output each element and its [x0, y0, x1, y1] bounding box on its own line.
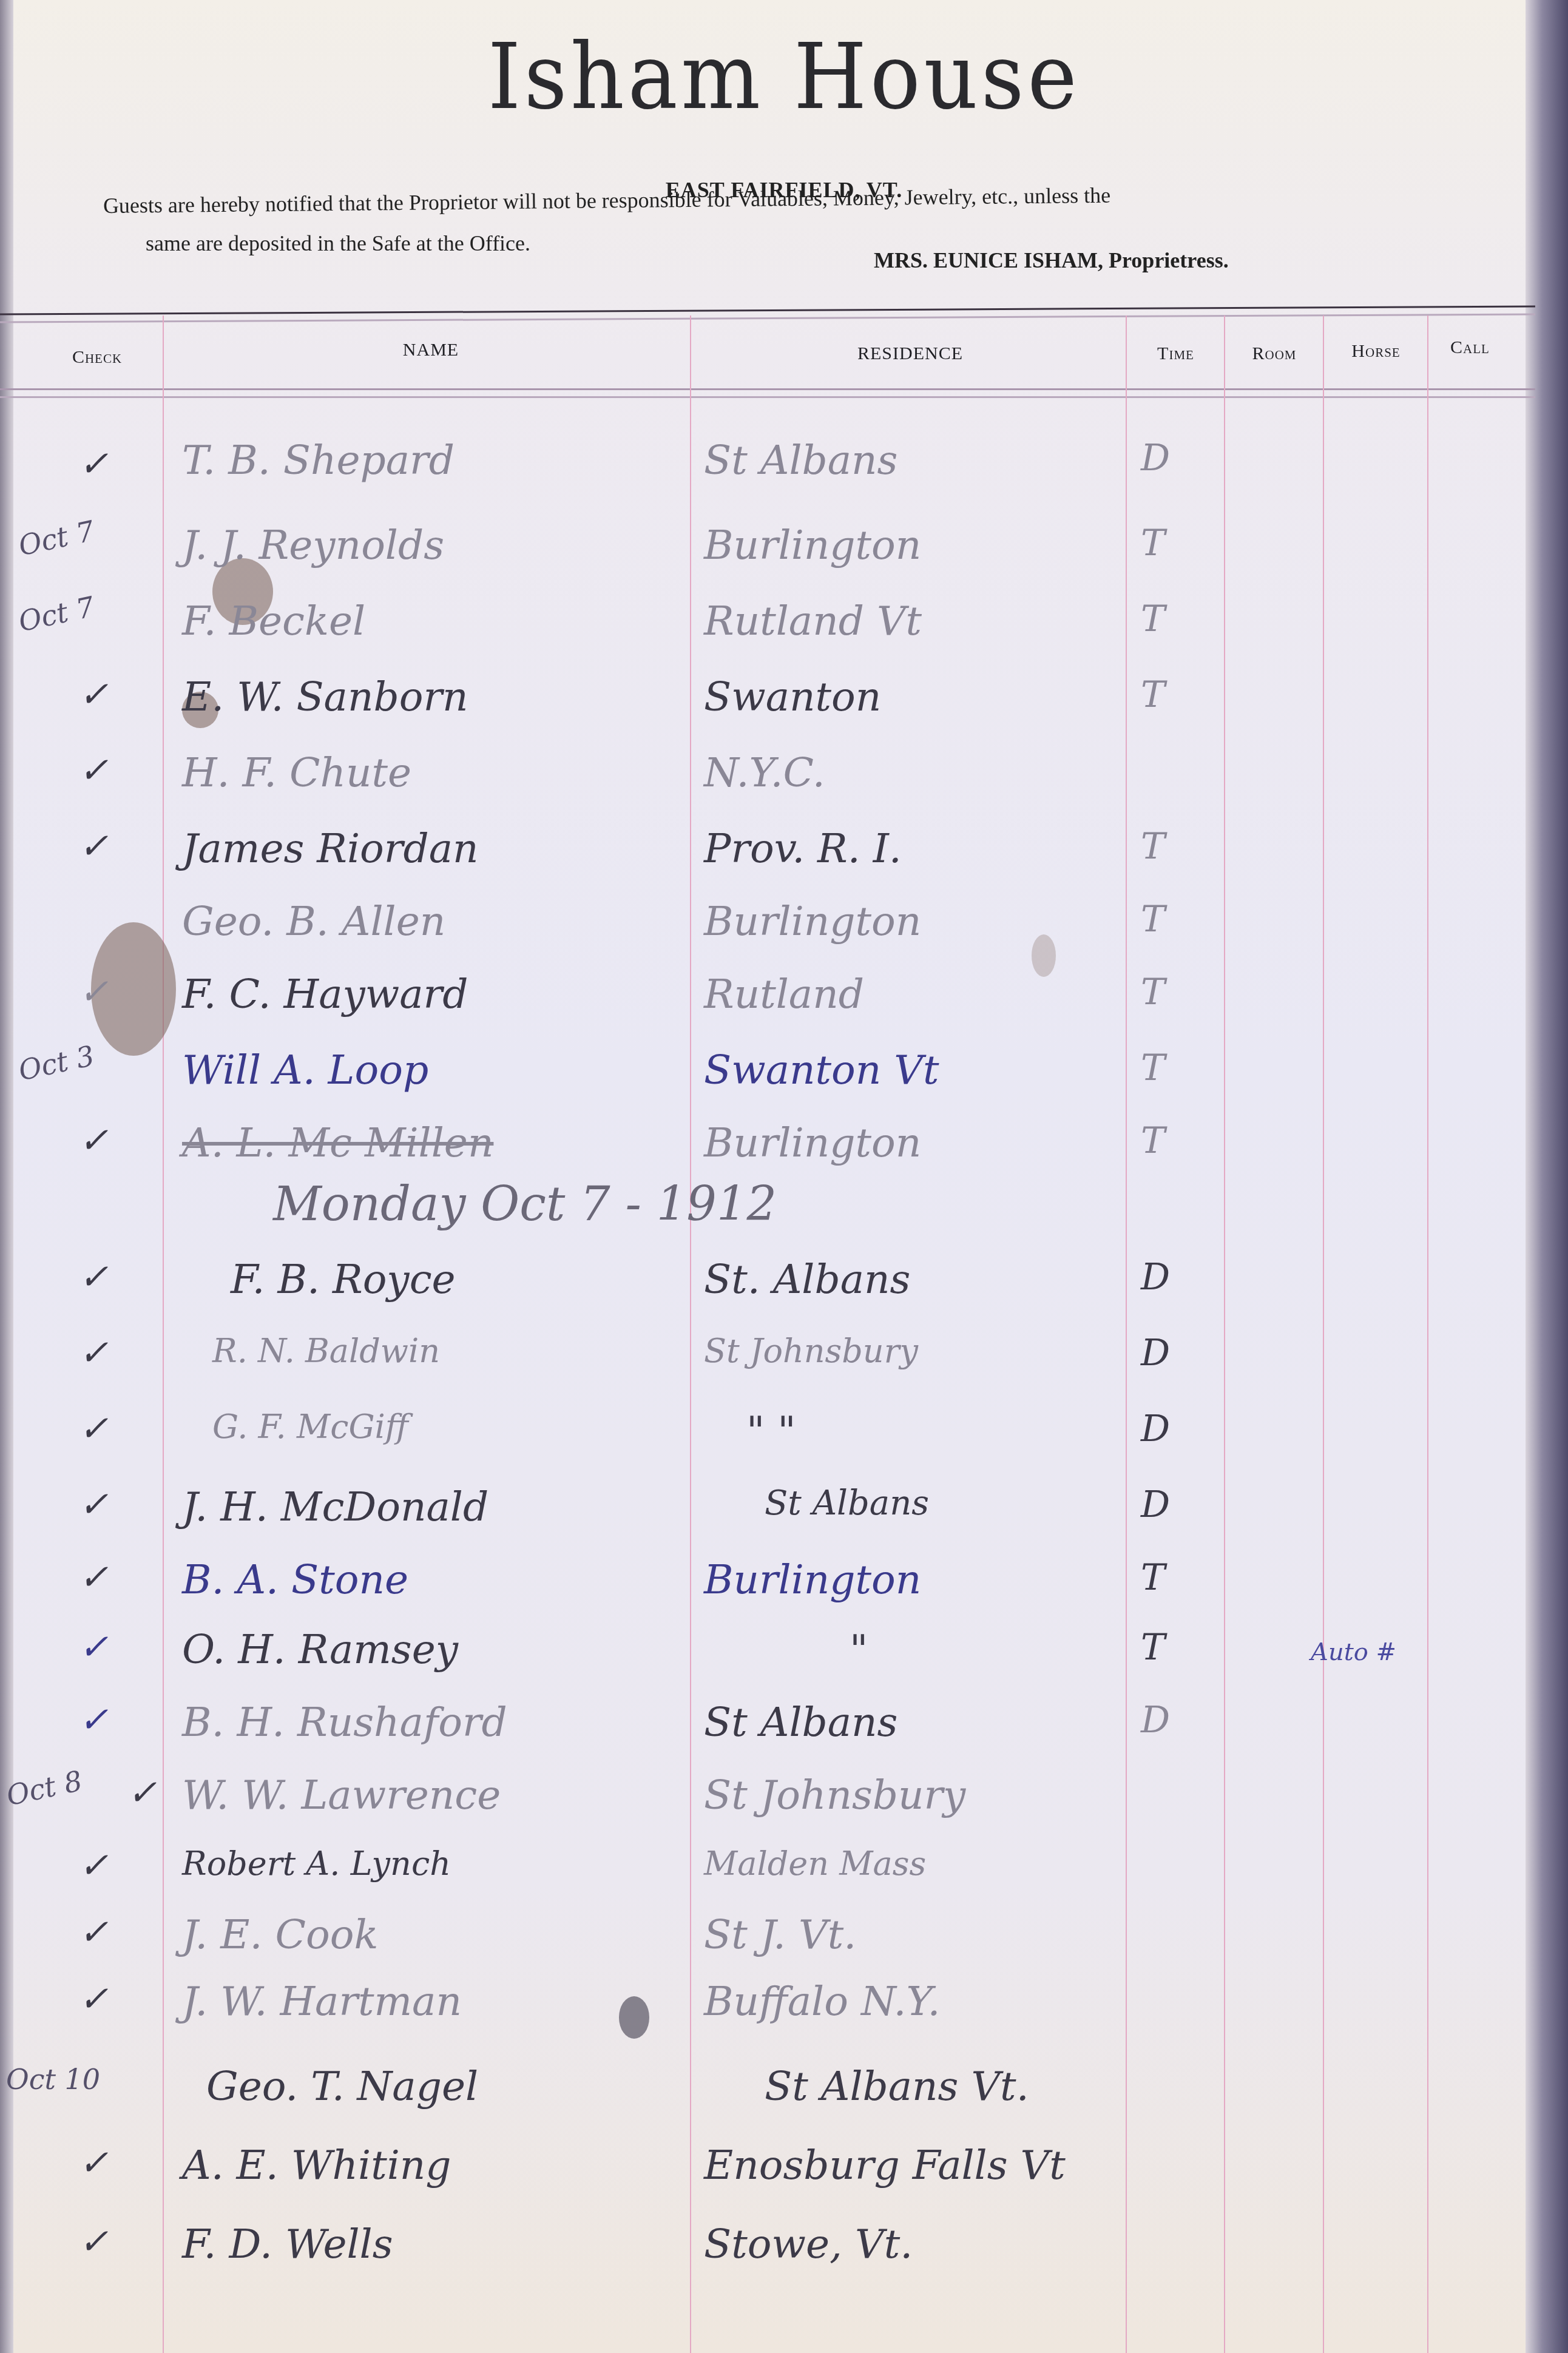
guest-residence: Rutland	[704, 971, 864, 1018]
check-mark: ✓	[79, 1626, 109, 1667]
guest-name: A. L. Mc Millen	[182, 1119, 493, 1166]
guest-name: G. F. McGiff	[212, 1408, 408, 1446]
guest-name: B. A. Stone	[182, 1556, 408, 1603]
check-mark: ✓	[79, 2142, 109, 2183]
entry-date: Oct 8	[4, 1764, 85, 1812]
arrival-time: T	[1141, 825, 1165, 868]
arrival-time: T	[1141, 1556, 1165, 1599]
register-entry: ✓ O. H. Ramsey " T Auto #	[0, 1626, 1568, 1699]
arrival-time: T	[1141, 898, 1165, 940]
arrival-time: D	[1141, 1256, 1170, 1298]
guest-name: F. C. Hayward	[182, 971, 468, 1018]
register-entry: Geo. B. Allen Burlington T	[0, 898, 1568, 971]
proprietor-line: MRS. EUNICE ISHAM, Proprietress.	[874, 248, 1229, 273]
arrival-time: T	[1141, 1626, 1165, 1669]
arrival-time: T	[1141, 1047, 1165, 1089]
guest-name: R. N. Baldwin	[212, 1332, 440, 1370]
header-rule-top	[0, 305, 1535, 323]
day-heading: Monday Oct 7 - 1912	[273, 1177, 777, 1232]
check-mark: ✓	[79, 1484, 109, 1525]
notice-line-2: same are deposited in the Safe at the Of…	[146, 226, 530, 261]
guest-residence: " "	[746, 1408, 796, 1454]
check-mark: ✓	[79, 1978, 109, 2019]
guest-residence: N.Y.C.	[704, 749, 825, 796]
register-entry: ✓ J. E. Cook St J. Vt.	[0, 1911, 1568, 1984]
column-header-check: Check	[36, 347, 158, 368]
check-mark: ✓	[79, 1699, 109, 1740]
arrival-time: D	[1141, 437, 1170, 479]
column-header-horse: Horse	[1326, 341, 1426, 362]
check-mark: ✓	[79, 2221, 109, 2262]
guest-residence: Burlington	[704, 1119, 921, 1166]
register-page: Isham House EAST FAIRFIELD, VT. Guests a…	[0, 0, 1568, 2353]
guest-name: Will A. Loop	[182, 1047, 428, 1093]
guest-name: A. E. Whiting	[182, 2142, 451, 2189]
check-mark: ✓	[79, 1119, 109, 1161]
check-mark: ✓	[79, 1408, 109, 1449]
guest-name: E. W. Sanborn	[182, 673, 468, 720]
guest-residence: St J. Vt.	[704, 1911, 856, 1958]
guest-residence: Buffalo N.Y.	[704, 1978, 941, 2025]
guest-residence: St. Albans	[704, 1256, 910, 1303]
check-mark: ✓	[79, 1845, 109, 1886]
arrival-time: D	[1141, 1484, 1170, 1526]
guest-name: F. D. Wells	[182, 2221, 393, 2267]
arrival-time: D	[1141, 1699, 1170, 1741]
register-entry: ✓ Robert A. Lynch Malden Mass	[0, 1845, 1568, 1917]
arrival-time: T	[1141, 673, 1165, 716]
guest-residence: Stowe, Vt.	[704, 2221, 913, 2267]
guest-name: F. Beckel	[182, 598, 365, 644]
guest-name: J. J. Reynolds	[182, 522, 444, 569]
hotel-title: Isham House	[63, 24, 1505, 130]
check-mark: ✓	[79, 673, 109, 715]
register-entry: Oct 7 F. Beckel Rutland Vt T	[0, 598, 1568, 670]
register-entry: ✓ J. H. McDonald St Albans D	[0, 1484, 1568, 1556]
check-mark: ✓	[79, 1332, 109, 1373]
arrival-time: D	[1141, 1332, 1170, 1374]
guest-name: James Riordan	[182, 825, 479, 872]
register-entry: ✓ R. N. Baldwin St Johnsbury D	[0, 1332, 1568, 1405]
guest-residence: Burlington	[704, 898, 921, 945]
register-entry: Oct 3 Will A. Loop Swanton Vt T	[0, 1047, 1568, 1119]
column-header-time: Time	[1129, 343, 1223, 364]
check-mark: ✓	[79, 443, 109, 484]
entry-date: Oct 10	[6, 2063, 100, 2096]
guest-name: J. E. Cook	[182, 1911, 378, 1958]
guest-residence: St Albans Vt.	[765, 2063, 1029, 2110]
arrival-time: T	[1141, 971, 1165, 1013]
column-header-call: Call	[1429, 337, 1511, 358]
header-rule-bottom	[0, 388, 1535, 398]
register-entry: ✓ F. C. Hayward Rutland T	[0, 971, 1568, 1044]
entry-date: Oct 3	[16, 1039, 97, 1087]
guest-name: H. F. Chute	[182, 749, 411, 796]
guest-name: J. W. Hartman	[182, 1978, 462, 2025]
check-mark: ✓	[79, 749, 109, 791]
check-mark: ✓	[127, 1772, 157, 1813]
entry-date: Oct 7	[16, 515, 97, 562]
guest-residence: Swanton Vt	[704, 1047, 939, 1093]
guest-name: T. B. Shepard	[182, 437, 455, 484]
check-mark: ✓	[79, 1911, 109, 1953]
guest-residence: St Johnsbury	[704, 1772, 965, 1818]
guest-residence: St Johnsbury	[704, 1332, 918, 1370]
arrival-time: T	[1141, 598, 1165, 640]
check-mark: ✓	[79, 1556, 109, 1598]
check-mark: ✓	[79, 1256, 109, 1297]
register-entry: ✓ F. D. Wells Stowe, Vt.	[0, 2221, 1568, 2294]
register-entry: ✓ F. B. Royce St. Albans D	[0, 1256, 1568, 1329]
guest-name: W. W. Lawrence	[182, 1772, 501, 1818]
register-entry: ✓ B. A. Stone Burlington T	[0, 1556, 1568, 1629]
guest-residence: St Albans	[765, 1484, 929, 1523]
guest-name: F. B. Royce	[231, 1256, 456, 1303]
register-entry: ✓ A. L. Mc Millen Burlington T	[0, 1119, 1568, 1192]
column-header-residence: RESIDENCE	[819, 343, 1001, 364]
guest-residence: Malden Mass	[704, 1845, 926, 1883]
guest-name: Robert A. Lynch	[182, 1845, 451, 1883]
register-entry: ✓ A. E. Whiting Enosburg Falls Vt	[0, 2142, 1568, 2215]
check-mark: ✓	[79, 971, 109, 1012]
guest-residence: Enosburg Falls Vt	[704, 2142, 1066, 2189]
register-entry: ✓ B. H. Rushaford St Albans D	[0, 1699, 1568, 1772]
register-entry: ✓ H. F. Chute N.Y.C.	[0, 749, 1568, 822]
arrival-time: T	[1141, 522, 1165, 564]
column-header-name: NAME	[340, 340, 522, 360]
register-entry: ✓ E. W. Sanborn Swanton T	[0, 673, 1568, 746]
guest-name: J. H. McDonald	[182, 1484, 488, 1530]
guest-residence: St Albans	[704, 1699, 897, 1746]
guest-residence: St Albans	[704, 437, 897, 484]
register-entry: ✓ James Riordan Prov. R. I. T	[0, 825, 1568, 898]
register-entry: Oct 8 ✓ W. W. Lawrence St Johnsbury	[0, 1772, 1568, 1845]
guest-name: Geo. B. Allen	[182, 898, 445, 945]
register-entry: ✓ T. B. Shepard St Albans D	[0, 437, 1568, 510]
entry-date: Oct 7	[16, 590, 97, 638]
call-note: Auto #	[1311, 1638, 1396, 1666]
register-entry: ✓ J. W. Hartman Buffalo N.Y.	[0, 1978, 1568, 2051]
guest-residence: Prov. R. I.	[704, 825, 902, 872]
guest-residence: "	[850, 1626, 868, 1673]
column-header-room: Room	[1226, 343, 1323, 364]
guest-name: Geo. T. Nagel	[206, 2063, 478, 2110]
register-entry: ✓ G. F. McGiff " " D	[0, 1408, 1568, 1480]
register-entry: Oct 10 Geo. T. Nagel St Albans Vt.	[0, 2063, 1568, 2136]
guest-name: B. H. Rushaford	[182, 1699, 507, 1746]
arrival-time: T	[1141, 1119, 1165, 1162]
guest-residence: Swanton	[704, 673, 881, 720]
guest-residence: Rutland Vt	[704, 598, 922, 644]
arrival-time: D	[1141, 1408, 1170, 1450]
guest-residence: Burlington	[704, 522, 921, 569]
register-entry: Oct 7 J. J. Reynolds Burlington T	[0, 522, 1568, 595]
guest-name: O. H. Ramsey	[182, 1626, 458, 1673]
check-mark: ✓	[79, 825, 109, 866]
guest-residence: Burlington	[704, 1556, 921, 1603]
